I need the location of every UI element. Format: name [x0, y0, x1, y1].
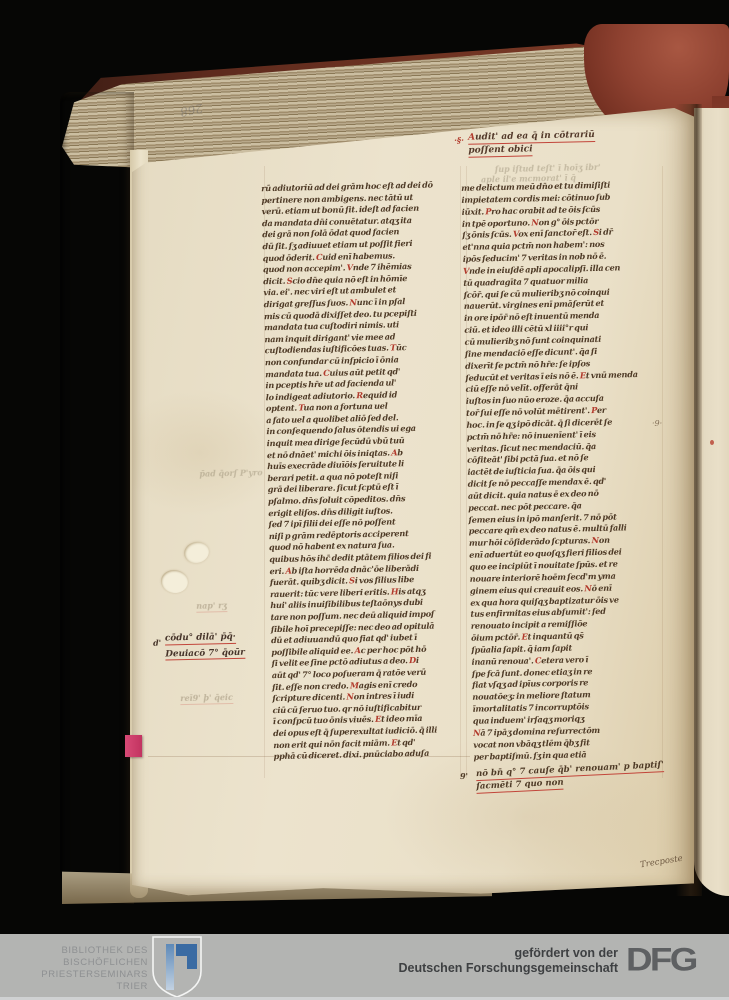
manuscript-photo-stage: ·§· Audit' ad ea q̄ in cōtrariūpoſſent o… [0, 0, 729, 1000]
faded-margin-note: nap' rʒ [196, 600, 227, 613]
margin-mark: d' [153, 638, 161, 648]
library-name-line: PRIESTERSEMINARS TRIER [16, 969, 148, 993]
funding-credit-line: Deutschen Forschungsgemeinschaft [360, 961, 618, 976]
logo-f-icon [176, 944, 197, 969]
library-name-line: BIBLIOTHEK DES [16, 945, 148, 957]
footnote-mark: 9' [460, 771, 468, 781]
chapter-heading: Audit' ad ea q̄ in cōtrariūpoſſent obici [468, 128, 669, 158]
text-block: ·§· Audit' ad ea q̄ in cōtrariūpoſſent o… [123, 98, 702, 902]
book-fore-edge-left [60, 92, 134, 904]
logo-bar-icon [166, 944, 174, 990]
funding-credit: gefördert von der Deutschen Forschungsge… [360, 946, 618, 975]
marginal-footnote: nō bn̄ q° 7 cauſe q̄b' renouam' p baptiſ… [476, 763, 665, 794]
right-margin-mark: ·9· [652, 419, 662, 428]
library-name-line: BISCHÖFLICHEN [16, 957, 148, 969]
funding-credit-line: gefördert von der [360, 946, 618, 961]
text-column-right: me delictum meū dn̄o et tu dimiſiſtiimpi… [461, 179, 666, 763]
footer-banner: BIBLIOTHEK DES BISCHÖFLICHEN PRIESTERSEM… [0, 934, 729, 1000]
library-shield-logo [150, 935, 204, 999]
pink-bookmark-tab [125, 735, 142, 757]
text-column-left: rū adiutoriū ad dei grām hoc eſt ad dei … [261, 179, 464, 763]
library-name: BIBLIOTHEK DES BISCHÖFLICHEN PRIESTERSEM… [16, 945, 148, 993]
bleed-through-text: p̄ad q̄orſ P'yro [199, 467, 262, 478]
manuscript-book: ·§· Audit' ad ea q̄ in cōtrariūpoſſent o… [0, 0, 729, 1000]
left-margin-note: cōdu° dilā' p̄q̄·Deuiacō 7° q̄oūr [165, 632, 245, 665]
faded-margin-note: reī9' þ' q̄eic [180, 692, 233, 705]
dfg-logo: DFG [626, 944, 696, 976]
open-page: ·§· Audit' ad ea q̄ in cōtrariūpoſſent o… [132, 104, 694, 896]
red-ink-dot [710, 440, 714, 445]
rubric-mark: ·§· [454, 135, 464, 145]
